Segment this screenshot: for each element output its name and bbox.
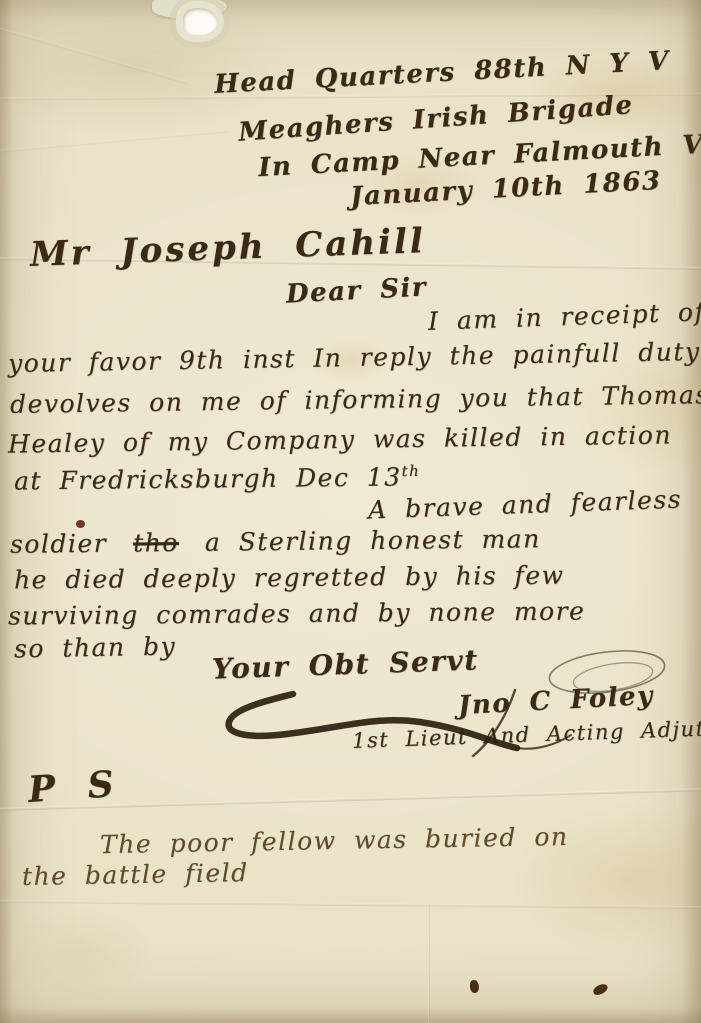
body-line-3: devolves on me of informing you that Tho… bbox=[10, 380, 701, 419]
body-line-5: at Fredricksburgh Dec 13th bbox=[14, 462, 421, 496]
red-ink-blot bbox=[76, 520, 85, 528]
paper-tear-hole bbox=[183, 8, 217, 35]
body-line-5-text: at Fredricksburgh Dec 13 bbox=[14, 462, 402, 495]
signature-line: Jno C Foley bbox=[457, 681, 654, 721]
ordinal-superscript: th bbox=[401, 462, 420, 480]
body-line-7-pre: soldier bbox=[10, 529, 107, 559]
letter-scan: Head Quarters 88th N Y V Meaghers Irish … bbox=[0, 0, 701, 1023]
postscript-line-2: the battle field bbox=[22, 858, 249, 891]
body-line-7: soldierthoa Sterling honest man bbox=[10, 524, 541, 559]
greeting-line: Dear Sir bbox=[285, 272, 427, 309]
body-line-4: Healey of my Company was killed in actio… bbox=[8, 420, 672, 458]
body-line-10: so than by bbox=[14, 632, 177, 664]
wrinkle-top-left-2 bbox=[0, 130, 230, 154]
ink-spot-1 bbox=[470, 980, 479, 993]
body-line-8: he died deeply regretted by his few bbox=[14, 561, 565, 595]
body-line-9: surviving comrades and by none more bbox=[8, 596, 586, 630]
body-line-1: I am in receipt of bbox=[428, 297, 701, 336]
postscript-label: P S bbox=[27, 763, 118, 811]
ink-spot-2 bbox=[592, 983, 609, 997]
signer-title-line: 1st Lieut And Acting Adjutant bbox=[352, 715, 701, 753]
valediction-line: Your Obt Servt bbox=[212, 643, 480, 685]
wrinkle-top-left-1 bbox=[0, 23, 186, 84]
struck-out-word: tho bbox=[133, 528, 179, 557]
postscript-line-1: The poor fellow was buried on bbox=[100, 822, 569, 859]
body-line-2: your favor 9th inst In reply the painful… bbox=[8, 337, 701, 378]
fold-crease-vertical-bottom bbox=[428, 905, 430, 1023]
body-line-7-post: a Sterling honest man bbox=[205, 524, 541, 557]
recipient-line: Mr Joseph Cahill bbox=[29, 221, 426, 275]
fold-crease-bottom bbox=[0, 900, 701, 909]
